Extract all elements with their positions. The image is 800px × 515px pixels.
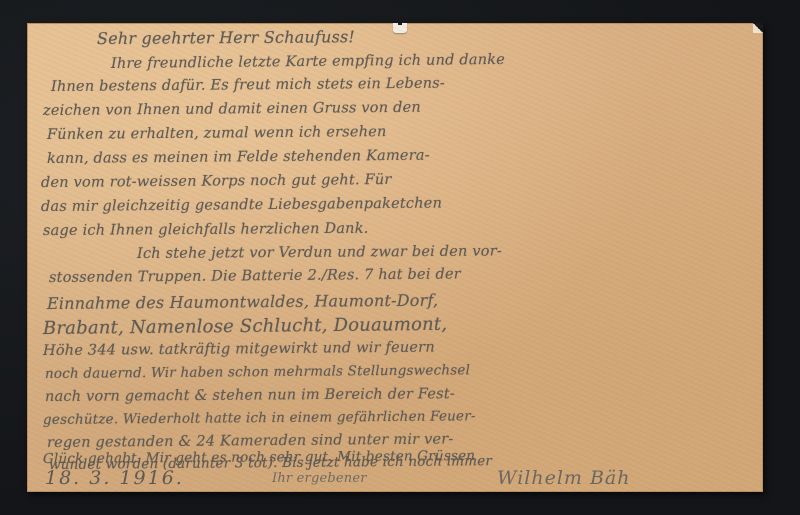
signature: Wilhelm Bäh [497,467,631,489]
date: 18. 3. 1916. [45,467,184,489]
text-line: kann, dass es meinen im Felde stehenden … [47,148,430,167]
postcard: Sehr geehrter Herr Schaufuss! Ihre freun… [27,23,763,492]
text-line: stossenden Truppen. Die Batterie 2./Res.… [49,266,461,286]
closing: Ihr ergebener [272,471,367,486]
handwritten-text: Sehr geehrter Herr Schaufuss! Ihre freun… [27,23,763,492]
text-line: Glück gehabt. Mir geht es noch sehr gut.… [43,448,475,467]
text-line: zeichen von Ihnen und damit einen Gruss … [43,100,421,119]
text-line: den vom rot-weissen Korps noch gut geht.… [41,172,392,191]
text-line: Einnahme des Haumontwaldes, Haumont-Dorf… [47,291,438,313]
text-line: Fünken zu erhalten, zumal wenn ich erseh… [47,124,387,143]
text-line: sage ich Ihnen gleichfalls herzlichen Da… [43,221,369,239]
text-line: Ihre freundliche letzte Karte empfing ic… [111,52,505,72]
text-line: Höhe 344 usw. tatkräftig mitgewirkt und … [43,340,435,359]
text-line: Ihnen bestens dafür. Es freut mich stets… [51,76,445,95]
text-line: geschütze. Wiederholt hatte ich in einem… [43,408,476,428]
text-line: nach vorn gemacht & stehen nun im Bereic… [45,386,455,405]
salutation: Sehr geehrter Herr Schaufuss! [97,27,355,48]
text-line: Ich stehe jetzt vor Verdun und zwar bei … [137,243,502,262]
text-line: noch dauernd. Wir haben schon mehrmals S… [45,362,470,382]
text-line: Brabant, Namenlose Schlucht, Douaumont, [43,314,447,339]
text-line: das mir gleichzeitig gesandte Liebesgabe… [41,196,442,215]
